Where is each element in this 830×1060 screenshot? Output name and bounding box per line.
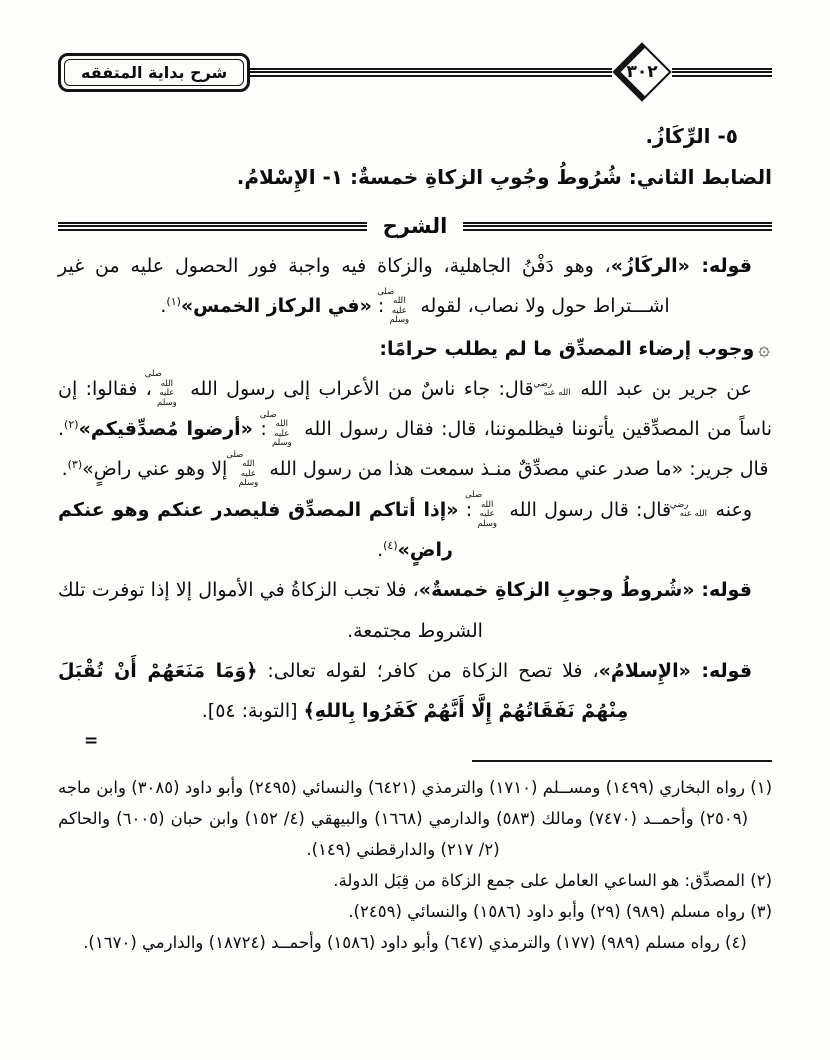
book-title: شرح بداية المتفقه [64, 59, 244, 86]
page-number-diamond: ٣٠٢ [613, 43, 671, 101]
star-ornament-icon: ۞ [754, 336, 770, 360]
matn-line-conditions: الضابط الثاني: شُرُوطُ وجُوبِ الزكاةِ خم… [58, 157, 772, 198]
matn-block: ٥- الرِّكَازُ. الضابط الثاني: شُرُوطُ وج… [58, 116, 772, 198]
subheading-text: وجوب إرضاء المصدِّق ما لم يطلب حرامًا: [379, 338, 754, 360]
subheading: ۞وجوب إرضاء المصدِّق ما لم يطلب حرامًا: [58, 327, 772, 369]
radiallahu-anhu-mark: رضي الله عنه [678, 501, 708, 520]
text-run: : [459, 499, 473, 521]
page-number: ٣٠٢ [613, 43, 671, 101]
radiallahu-anhu-mark: رضي الله عنه [542, 380, 572, 399]
text-run: «أرضوا مُصدِّقيكم» [79, 418, 253, 440]
text-run: «إذا أتاكم المصدِّق فليصدر عنكم وهو عنكم… [58, 499, 459, 561]
paragraph: قوله: «شُروطُ وجوبِ الزكاةِ خمسةٌ»، فلا … [58, 570, 772, 651]
footnote-item: (١) رواه البخاري (١٤٩٩) ومســلم (١٧١٠) و… [58, 772, 772, 865]
footnote-continuation-mark: = [58, 731, 772, 751]
footnote-item: (٤) رواه مسلم (٩٨٩) (١٧٧) والترمذي (٦٤٧)… [58, 927, 772, 958]
paragraph: عن جرير بن عبد الله رضي الله عنه قال: جا… [58, 369, 772, 490]
text-run: قال: قال رسول الله [502, 499, 678, 521]
text-run: قوله: «الإِسلامُ» [599, 660, 752, 682]
footnotes-list: (١) رواه البخاري (١٤٩٩) ومســلم (١٧١٠) و… [58, 772, 772, 958]
section-divider: الشرح [58, 214, 772, 238]
footnote-ref: (٤) [383, 539, 398, 552]
paragraph: قوله: «الركَازُ»، وهو دَفْنُ الجاهلية، و… [58, 246, 772, 327]
book-title-box: شرح بداية المتفقه [58, 53, 250, 92]
salla-allahu-alayhi-wa-sallam-mark: صلى الله عليه وسلم [472, 491, 502, 529]
text-run: عن جرير بن عبد الله [572, 378, 752, 400]
text-run: [التوبة: ٥٤]. [202, 700, 304, 722]
footnote-ref: (٢) [64, 418, 79, 431]
salla-allahu-alayhi-wa-sallam-mark: صلى الله عليه وسلم [384, 288, 414, 326]
page-header: شرح بداية المتفقه ٣٠٢ [58, 42, 772, 102]
paragraph: وعنه رضي الله عنه قال: قال رسول الله صلى… [58, 490, 772, 571]
salla-allahu-alayhi-wa-sallam-mark: صلى الله عليه وسلم [152, 370, 182, 408]
paragraph: قوله: «الإِسلامُ»، فلا تصح الزكاة من كاف… [58, 651, 772, 732]
divider-rule-left [58, 222, 367, 231]
text-run: وعنه [708, 499, 752, 521]
text-run: «في الركاز الخمس» [181, 295, 372, 317]
section-title: الشرح [381, 214, 450, 238]
text-run: : [372, 295, 384, 317]
text-run: إلا وهو عني راضٍ» [82, 458, 233, 480]
header-rule-middle [250, 68, 612, 77]
text-run: : [253, 418, 267, 440]
footnote-ref: (٣) [68, 458, 83, 471]
book-page: شرح بداية المتفقه ٣٠٢ ٥- الرِّكَازُ. الض… [0, 0, 830, 1060]
matn-line-rikaz: ٥- الرِّكَازُ. [58, 116, 772, 157]
footnote-divider [472, 760, 772, 762]
salla-allahu-alayhi-wa-sallam-mark: صلى الله عليه وسلم [233, 451, 263, 489]
footnote-ref: (١) [166, 295, 181, 308]
text-run: قوله: «شُروطُ وجوبِ الزكاةِ خمسةٌ» [419, 579, 752, 601]
header-rule-right [672, 68, 772, 77]
divider-rule-right [463, 222, 772, 231]
footnote-item: (٢) المصدِّق: هو الساعي العامل على جمع ا… [58, 865, 772, 896]
text-run: قوله: «الركَازُ» [611, 255, 752, 277]
salla-allahu-alayhi-wa-sallam-mark: صلى الله عليه وسلم [267, 411, 297, 449]
text-run: قال: جاء ناسٌ من الأعراب إلى رسول الله [182, 378, 542, 400]
text-run: ، فلا تصح الزكاة من كافر؛ لقوله تعالى: [257, 660, 598, 682]
body-text: قوله: «الركَازُ»، وهو دَفْنُ الجاهلية، و… [58, 246, 772, 731]
footnote-item: (٣) رواه مسلم (٩٨٩) (٢٩) وأبو داود (١٥٨٦… [58, 896, 772, 927]
